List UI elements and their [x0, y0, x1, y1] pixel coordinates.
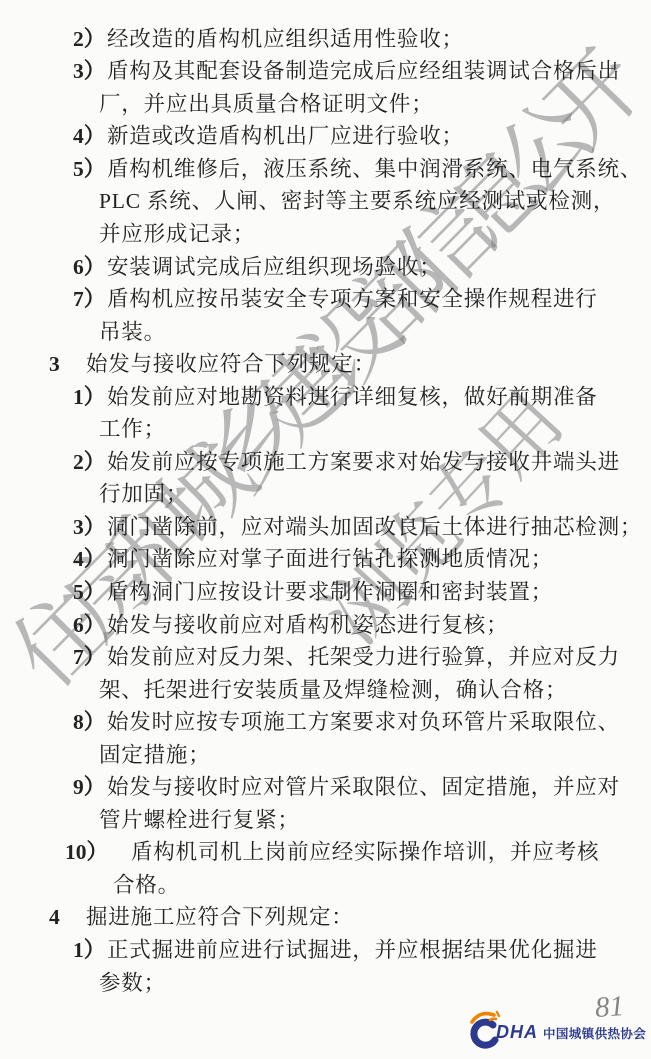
clause-line: 6）安装调试完成后应组织现场验收； — [0, 251, 651, 284]
line-text: 参数； — [99, 967, 166, 1000]
item-number: 6） — [73, 609, 105, 642]
item-number: 3 — [49, 348, 60, 381]
line-text: 工作； — [99, 413, 166, 446]
item-number: 9） — [73, 771, 105, 804]
clause-line: 参数； — [0, 967, 651, 1000]
line-text: 正式掘进前应进行试掘进，并应根据结果优化掘进 — [107, 934, 598, 967]
clause-line: 管片螺栓进行复紧； — [0, 804, 651, 837]
line-text: 始发与接收应符合下列规定： — [86, 348, 376, 381]
clause-line: 3）盾构及其配套设备制造完成后应经组装调试合格后出 — [0, 55, 651, 88]
clause-line: 4）洞门凿除应对掌子面进行钻孔探测地质情况； — [0, 543, 651, 576]
line-text: 始发与接收前应对盾构机姿态进行复核； — [107, 609, 508, 642]
line-text: 行加固； — [99, 478, 188, 511]
item-number: 3） — [73, 511, 105, 544]
item-number: 10） — [65, 836, 108, 869]
clause-line: 2）始发前应按专项施工方案要求对始发与接收井端头进 — [0, 446, 651, 479]
clause-line: 合格。 — [0, 869, 651, 902]
line-text: 洞门凿除前，应对端头加固改良后土体进行抽芯检测； — [107, 511, 642, 544]
section-heading-line: 3始发与接收应符合下列规定： — [0, 348, 651, 381]
clause-line: 7）始发前应对反力架、托架受力进行验算，并应对反力 — [0, 641, 651, 674]
line-text: 固定措施； — [99, 739, 211, 772]
document-body: 2）经改造的盾构机应组织适用性验收；3）盾构及其配套设备制造完成后应经组装调试合… — [0, 0, 651, 999]
clause-line: 8）始发时应按专项施工方案要求对负环管片采取限位、 — [0, 706, 651, 739]
clause-line: 架、托架进行安装质量及焊缝检测，确认合格； — [0, 674, 651, 707]
line-text: 盾构洞门应按设计要求制作洞圈和密封装置； — [107, 576, 553, 609]
item-number: 1） — [73, 934, 105, 967]
cdha-logo-org-name: 中国城镇供热协会 — [543, 1024, 646, 1042]
item-number: 1） — [73, 381, 105, 414]
line-text: 掘进施工应符合下列规定： — [86, 901, 354, 934]
item-number: 8） — [73, 706, 105, 739]
line-text: 始发前应对地勘资料进行详细复核，做好前期准备 — [107, 381, 598, 414]
line-text: 架、托架进行安装质量及焊缝检测，确认合格； — [99, 674, 567, 707]
cdha-logo-abbr: DHA — [496, 1022, 538, 1043]
clause-line: 7）盾构机应按吊装安全专项方案和安全操作规程进行 — [0, 283, 651, 316]
clause-line: 2）经改造的盾构机应组织适用性验收； — [0, 23, 651, 56]
line-text: 安装调试完成后应组织现场验收； — [107, 251, 442, 284]
clause-line: 1）始发前应对地勘资料进行详细复核，做好前期准备 — [0, 381, 651, 414]
clause-line: 4）新造或改造盾构机出厂应进行验收； — [0, 120, 651, 153]
item-number: 2） — [73, 446, 105, 479]
line-text: 盾构及其配套设备制造完成后应经组装调试合格后出 — [107, 55, 620, 88]
line-text: 经改造的盾构机应组织适用性验收； — [107, 23, 464, 56]
line-text: 盾构机维修后，液压系统、集中润滑系统、电气系统、 — [107, 153, 642, 186]
clause-line: 9）始发与接收时应对管片采取限位、固定措施，并应对 — [0, 771, 651, 804]
clause-line: 厂，并应出具质量合格证明文件； — [0, 88, 651, 121]
item-number: 7） — [73, 641, 105, 674]
clause-line: 1）正式掘进前应进行试掘进，并应根据结果优化掘进 — [0, 934, 651, 967]
clause-line: 行加固； — [0, 478, 651, 511]
clause-line: 5）盾构机维修后，液压系统、集中润滑系统、电气系统、 — [0, 153, 651, 186]
section-heading-line: 4掘进施工应符合下列规定： — [0, 901, 651, 934]
line-text: 合格。 — [113, 869, 180, 902]
item-number: 5） — [73, 153, 105, 186]
clause-line: PLC 系统、人闸、密封等主要系统应经测试或检测， — [0, 185, 651, 218]
line-text: 盾构机应按吊装安全专项方案和安全操作规程进行 — [107, 283, 598, 316]
item-number: 7） — [73, 283, 105, 316]
item-number: 6） — [73, 251, 105, 284]
clause-line: 并应形成记录； — [0, 218, 651, 251]
item-number: 4） — [73, 543, 105, 576]
item-number: 4 — [49, 901, 60, 934]
line-text: 始发前应对反力架、托架受力进行验算，并应对反力 — [107, 641, 620, 674]
line-text: 始发与接收时应对管片采取限位、固定措施，并应对 — [107, 771, 620, 804]
line-text: 洞门凿除应对掌子面进行钻孔探测地质情况； — [107, 543, 553, 576]
clause-line: 10）盾构机司机上岗前应经实际操作培训，并应考核 — [0, 836, 651, 869]
line-text: 盾构机司机上岗前应经实际操作培训，并应考核 — [131, 836, 599, 869]
item-number: 5） — [73, 576, 105, 609]
line-text: 吊装。 — [99, 316, 166, 349]
line-text: PLC 系统、人闸、密封等主要系统应经测试或检测， — [99, 185, 615, 218]
clause-line: 5）盾构洞门应按设计要求制作洞圈和密封装置； — [0, 576, 651, 609]
clause-line: 3）洞门凿除前，应对端头加固改良后土体进行抽芯检测； — [0, 511, 651, 544]
clause-line: 6）始发与接收前应对盾构机姿态进行复核； — [0, 609, 651, 642]
line-text: 新造或改造盾构机出厂应进行验收； — [107, 120, 464, 153]
clause-line: 吊装。 — [0, 316, 651, 349]
clause-line: 固定措施； — [0, 739, 651, 772]
line-text: 并应形成记录； — [99, 218, 255, 251]
document-page: 住房和城乡建设部信息公开 浏览专用 2）经改造的盾构机应组织适用性验收；3）盾构… — [0, 0, 651, 1059]
line-text: 厂，并应出具质量合格证明文件； — [99, 88, 434, 121]
line-text: 始发时应按专项施工方案要求对负环管片采取限位、 — [107, 706, 620, 739]
clause-line: 工作； — [0, 413, 651, 446]
line-text: 始发前应按专项施工方案要求对始发与接收井端头进 — [107, 446, 620, 479]
item-number: 2） — [73, 23, 105, 56]
item-number: 3） — [73, 55, 105, 88]
page-number: 81 — [594, 990, 625, 1025]
line-text: 管片螺栓进行复紧； — [99, 804, 300, 837]
item-number: 4） — [73, 120, 105, 153]
